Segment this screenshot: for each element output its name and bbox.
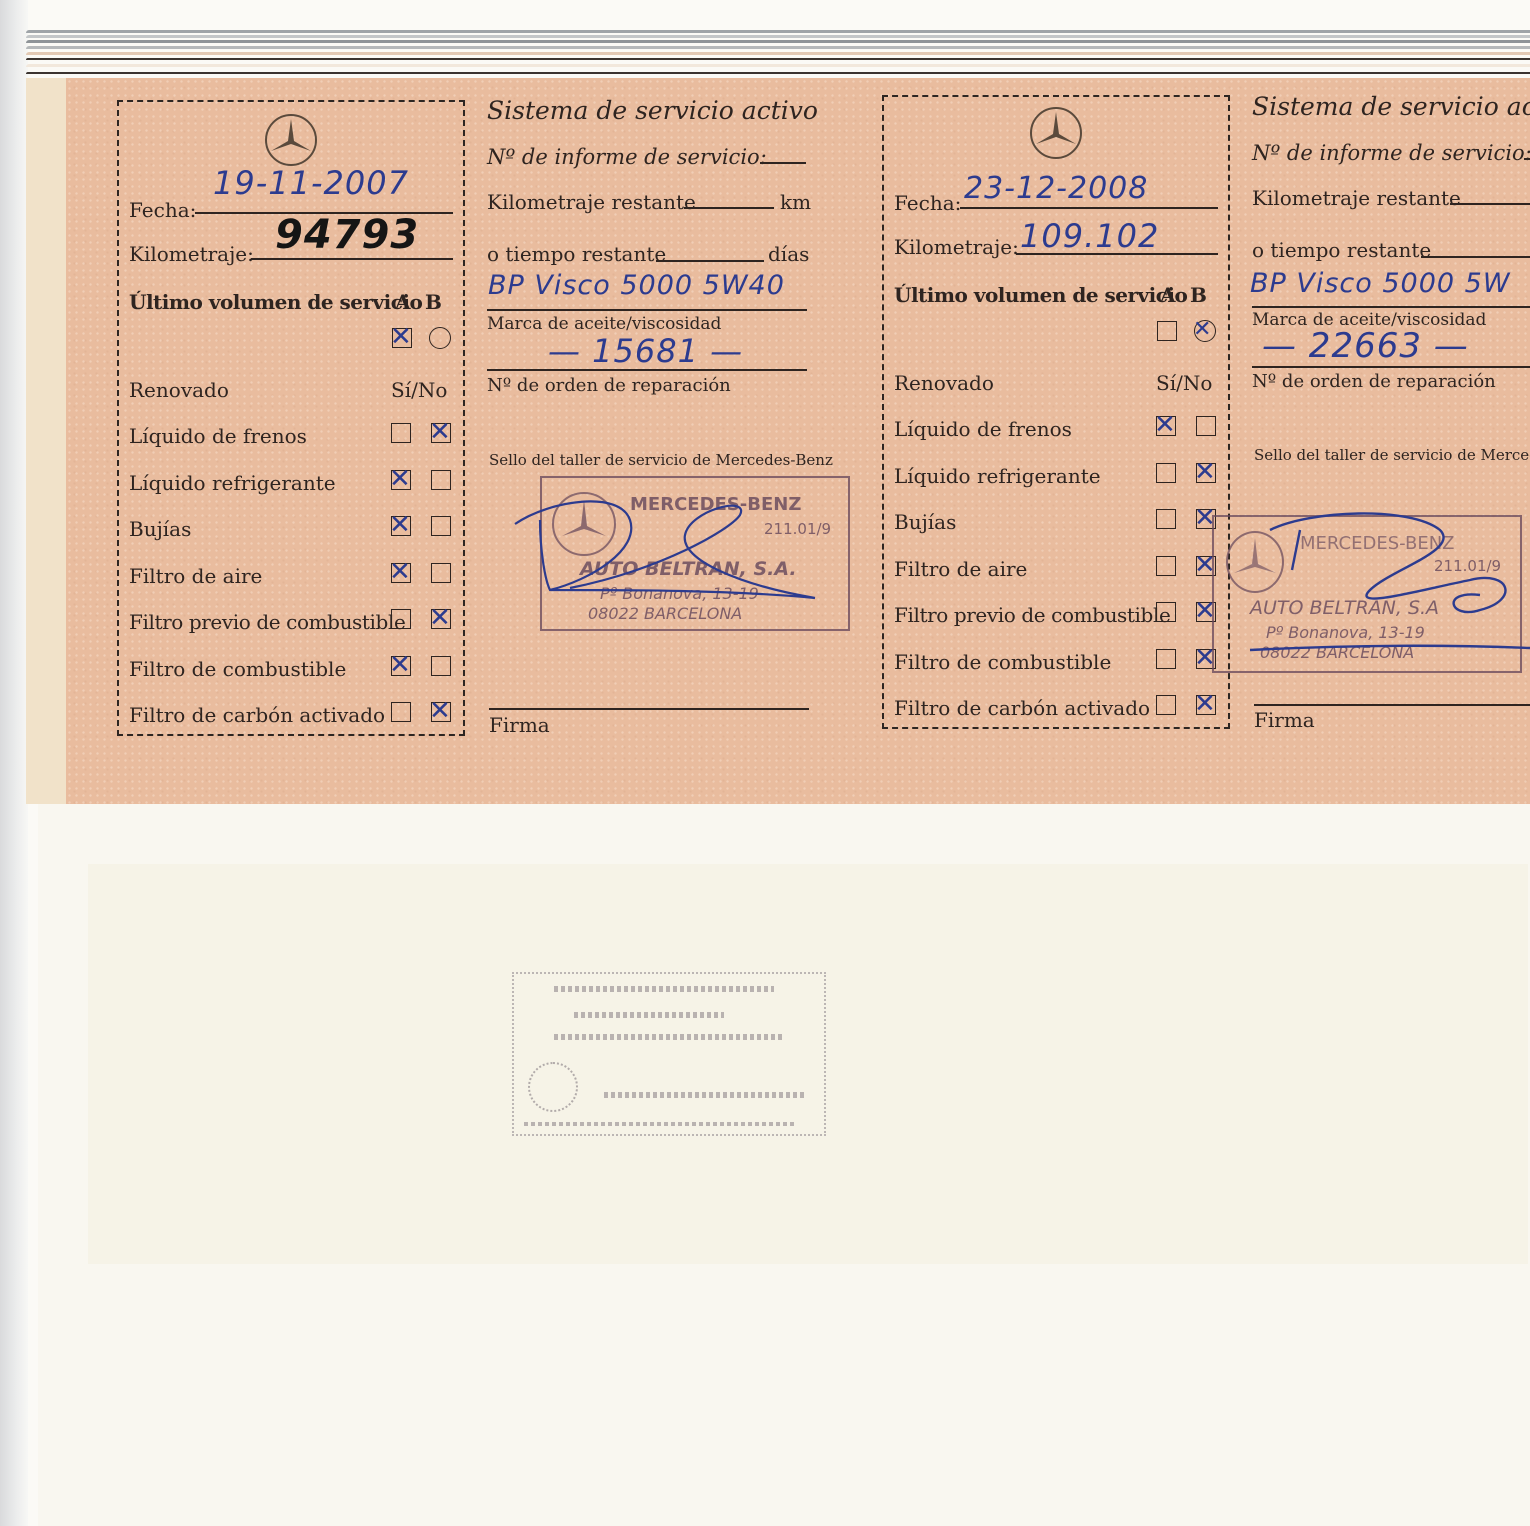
aceite-label: Marca de aceite/viscosidad xyxy=(487,314,721,334)
si-checkbox[interactable] xyxy=(1156,649,1176,669)
firma-label: Firma xyxy=(1254,708,1315,732)
x-mark-icon: ✕ xyxy=(389,559,411,585)
si-no-label: Sí/No xyxy=(1156,371,1212,395)
mercedes-star-icon xyxy=(265,114,317,166)
no-checkbox[interactable] xyxy=(1196,416,1216,436)
ultimo-servicio-label: Último volumen de servicio xyxy=(894,283,1187,307)
x-mark-icon: ✕ xyxy=(429,605,451,631)
firma-label: Firma xyxy=(489,713,550,737)
service-b-radio[interactable] xyxy=(429,327,451,349)
km-value: 109.102 xyxy=(1020,217,1159,255)
renovado-label: Renovado xyxy=(129,378,229,402)
x-mark-icon: ✕ xyxy=(389,466,411,492)
item-label: Bujías xyxy=(894,510,956,534)
service-b-radio[interactable]: ✕ xyxy=(1194,320,1216,342)
tiempo-label: o tiempo restante xyxy=(1252,238,1431,262)
x-mark-icon: ✕ xyxy=(429,419,451,445)
item-label: Filtro de carbón activado xyxy=(129,703,385,727)
service-coupon-2: Fecha: 23-12-2008 Kilometraje: 109.102 Ú… xyxy=(882,95,1230,729)
km-label: Kilometraje: xyxy=(129,242,254,266)
km-restante-label: Kilometraje restante xyxy=(1252,186,1461,210)
fecha-value: 23-12-2008 xyxy=(964,171,1148,206)
km-value: 94793 xyxy=(275,212,419,258)
item-label: Filtro de combustible xyxy=(894,650,1111,674)
ghost-stamp-bleedthrough xyxy=(512,972,826,1136)
orden-label: Nº de orden de reparación xyxy=(1252,371,1496,392)
renovado-label: Renovado xyxy=(894,371,994,395)
x-mark-icon: ✕ xyxy=(389,652,411,678)
scan-left-shadow xyxy=(0,0,28,1526)
fecha-value: 19-11-2007 xyxy=(213,164,409,202)
panel-title: Sistema de servicio activo xyxy=(487,96,818,125)
service-a-checkbox[interactable] xyxy=(1157,321,1177,341)
service-b-label: B xyxy=(425,290,441,314)
no-checkbox[interactable]: ✕ xyxy=(1196,463,1216,483)
service-a-checkbox[interactable]: ✕ xyxy=(392,328,412,348)
informe-label: Nº de informe de servicio: xyxy=(1252,141,1530,165)
orden-label: Nº de orden de reparación xyxy=(487,375,731,396)
item-label: Filtro de aire xyxy=(129,564,262,588)
informe-label: Nº de informe de servicio: xyxy=(487,145,767,169)
item-label: Líquido refrigerante xyxy=(894,464,1101,488)
si-checkbox[interactable] xyxy=(1156,695,1176,715)
item-label: Bujías xyxy=(129,517,191,541)
si-checkbox[interactable] xyxy=(391,423,411,443)
x-mark-icon: ✕ xyxy=(1193,317,1211,343)
si-checkbox[interactable] xyxy=(1156,509,1176,529)
km-label: Kilometraje: xyxy=(894,235,1019,259)
booklet-page-edges xyxy=(26,28,1530,80)
no-checkbox[interactable]: ✕ xyxy=(431,702,451,722)
sello-label: Sello del taller de servicio de Mercedes… xyxy=(489,451,833,469)
service-a-label: A xyxy=(395,290,410,314)
orden-value: — 15681 — xyxy=(548,332,743,370)
no-checkbox[interactable] xyxy=(431,656,451,676)
x-mark-icon: ✕ xyxy=(1194,691,1216,717)
service-a-label: A xyxy=(1160,283,1175,307)
no-checkbox[interactable]: ✕ xyxy=(431,423,451,443)
no-checkbox[interactable]: ✕ xyxy=(1196,695,1216,715)
ghost-star-icon xyxy=(528,1062,578,1112)
si-checkbox[interactable]: ✕ xyxy=(391,516,411,536)
tiempo-unit: días xyxy=(768,242,809,266)
km-unit: km xyxy=(780,190,811,214)
item-label: Filtro previo de combustible xyxy=(894,603,1170,627)
si-checkbox[interactable]: ✕ xyxy=(391,470,411,490)
km-restante-label: Kilometraje restante xyxy=(487,190,696,214)
fecha-label: Fecha: xyxy=(894,191,961,215)
fecha-label: Fecha: xyxy=(129,198,196,222)
si-checkbox[interactable]: ✕ xyxy=(391,563,411,583)
sello-label: Sello del taller de servicio de Mercedes xyxy=(1254,446,1530,464)
item-label: Líquido refrigerante xyxy=(129,471,336,495)
aceite-value: BP Visco 5000 5W xyxy=(1250,268,1511,299)
si-checkbox[interactable]: ✕ xyxy=(1156,416,1176,436)
no-checkbox[interactable] xyxy=(431,516,451,536)
si-checkbox[interactable] xyxy=(391,609,411,629)
item-label: Líquido de frenos xyxy=(894,417,1072,441)
x-mark-icon: ✕ xyxy=(1154,412,1176,438)
item-label: Filtro previo de combustible xyxy=(129,610,405,634)
x-mark-icon: ✕ xyxy=(389,512,411,538)
si-checkbox[interactable] xyxy=(1156,556,1176,576)
service-coupon-1: Fecha: 19-11-2007 Kilometraje: 94793 Últ… xyxy=(117,100,465,736)
si-checkbox[interactable]: ✕ xyxy=(391,656,411,676)
item-label: Líquido de frenos xyxy=(129,424,307,448)
ultimo-servicio-label: Último volumen de servicio xyxy=(129,290,422,314)
si-checkbox[interactable] xyxy=(1156,602,1176,622)
no-checkbox[interactable] xyxy=(431,563,451,583)
service-b-label: B xyxy=(1190,283,1206,307)
no-checkbox[interactable] xyxy=(431,470,451,490)
aceite-value: BP Visco 5000 5W40 xyxy=(488,270,785,301)
panel-title: Sistema de servicio ac xyxy=(1252,92,1530,121)
orden-value: — 22663 — xyxy=(1262,326,1469,366)
si-checkbox[interactable] xyxy=(391,702,411,722)
si-no-label: Sí/No xyxy=(391,378,447,402)
lower-blank-page xyxy=(38,804,1530,1526)
mercedes-star-icon xyxy=(1030,107,1082,159)
si-checkbox[interactable] xyxy=(1156,463,1176,483)
no-checkbox[interactable]: ✕ xyxy=(431,609,451,629)
signature xyxy=(510,490,840,620)
x-mark-icon: ✕ xyxy=(390,324,412,350)
item-label: Filtro de aire xyxy=(894,557,1027,581)
tiempo-label: o tiempo restante xyxy=(487,242,666,266)
x-mark-icon: ✕ xyxy=(1194,459,1216,485)
item-label: Filtro de carbón activado xyxy=(894,696,1150,720)
signature xyxy=(1270,510,1530,660)
item-label: Filtro de combustible xyxy=(129,657,346,681)
x-mark-icon: ✕ xyxy=(429,698,451,724)
